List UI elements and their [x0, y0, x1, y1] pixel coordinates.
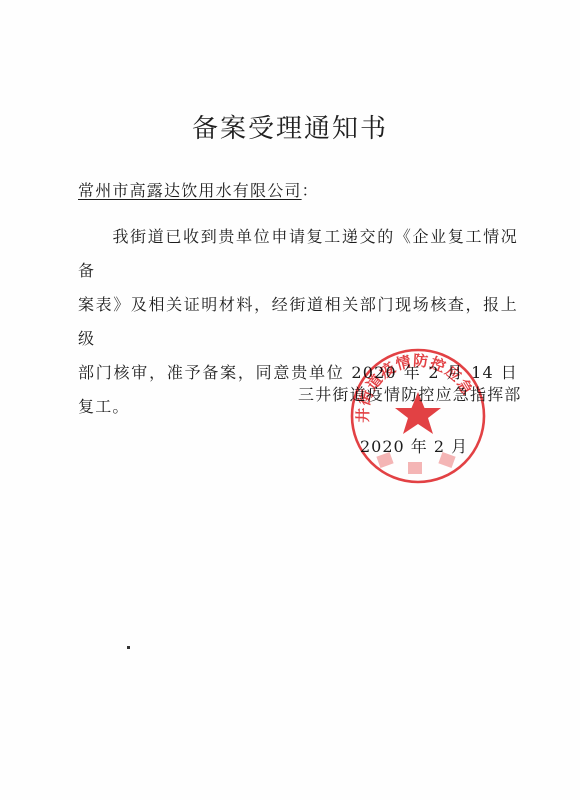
body-line-1-text: 我街道已收到贵单位申请复工递交的《企业复工情况备	[78, 227, 518, 280]
body-line-1: 我街道已收到贵单位申请复工递交的《企业复工情况备	[78, 220, 518, 288]
official-seal-stamp: 井街道疫情防控应急	[348, 346, 488, 486]
star-icon	[395, 392, 441, 434]
scan-speck	[127, 646, 130, 649]
document-page: 备案受理通知书 常州市高露达饮用水有限公司： 我街道已收到贵单位申请复工递交的《…	[0, 0, 580, 800]
addressee-name: 常州市高露达饮用水有限公司	[78, 181, 302, 200]
addressee: 常州市高露达饮用水有限公司：	[78, 178, 319, 201]
addressee-colon: ：	[302, 181, 319, 200]
document-title: 备案受理通知书	[0, 108, 580, 145]
